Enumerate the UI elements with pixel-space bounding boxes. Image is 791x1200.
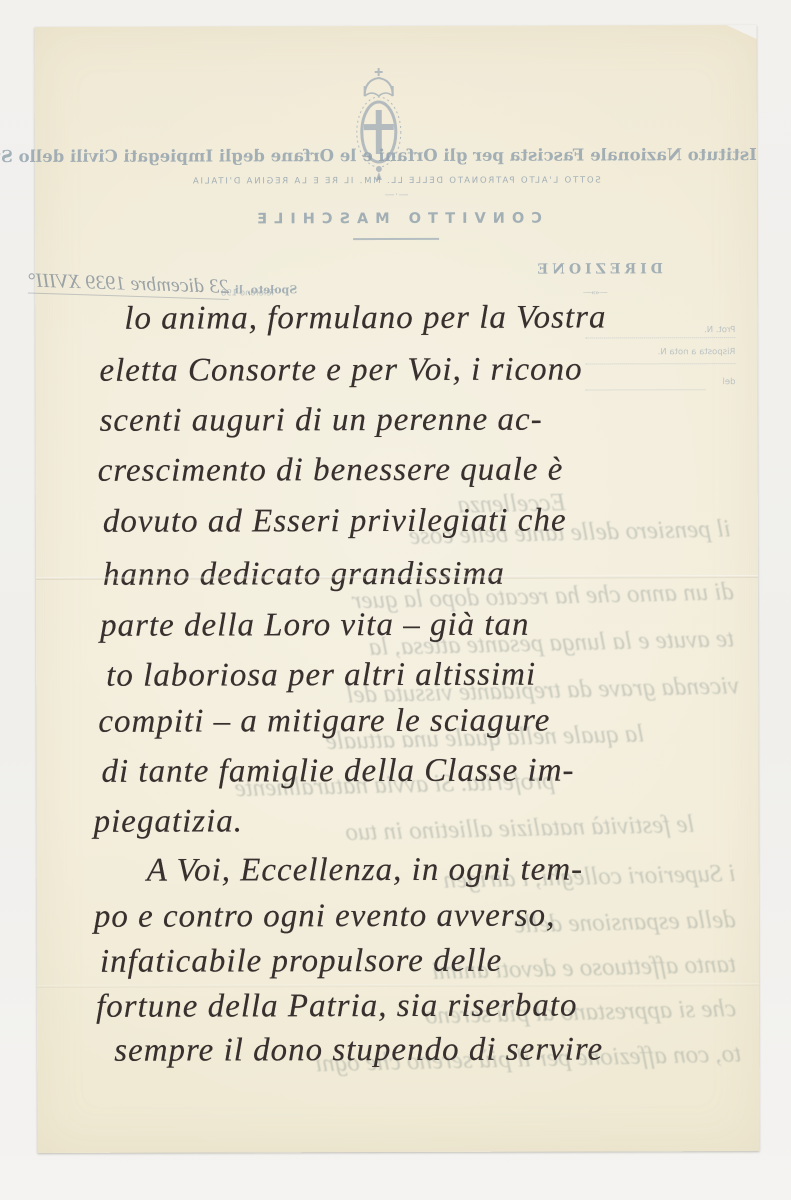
handwriting-line: dovuto ad Esseri privilegiati che (103, 503, 567, 541)
handwriting-line: A Voi, Eccellenza, in ogni tem- (147, 852, 583, 890)
handwriting-line: lo anima, formulano per la Vostra (124, 299, 606, 337)
letterhead-ornament: —·— (35, 188, 757, 200)
handwriting-line: po e contro ogni evento avverso, (94, 898, 556, 936)
handwriting-line: compiti – a mitigare le sciagure (98, 703, 550, 741)
letterhead-direzione-label: DIREZIONE (523, 261, 673, 277)
field-prot-line (585, 337, 735, 338)
handwriting-line: crescimento di benessere quale è (98, 452, 564, 490)
handwriting-line: hanno dedicato grandissima (103, 556, 505, 594)
royal-crest-icon (351, 66, 407, 188)
handwriting-line: piegatizia. (94, 803, 244, 840)
handwriting-line: infaticabile propulsore delle (100, 943, 502, 981)
handwriting-line: eletta Consorte e per Voi, i ricono (99, 352, 582, 390)
handwriting-line: to laboriosa per altri altissimi (106, 657, 536, 695)
letter-paper: Istituto Nazionale Fascista per gli Orfa… (35, 25, 760, 1153)
handwriting-line: parte della Loro vita – già tan (100, 607, 530, 645)
field-reply-line (585, 363, 735, 364)
letterhead-section-line: CONVITTO MASCHILE (35, 210, 757, 228)
letterhead-rule (353, 238, 439, 240)
telephone-line: Telefono 198 (175, 288, 275, 298)
direzione-ornament: —«»— (565, 287, 625, 296)
scanned-letter: { "document": { "kind": "handwritten let… (0, 0, 791, 1200)
letterhead-patronage-line: SOTTO L'ALTO PATRONATO DELLE LL. MM. IL … (35, 175, 757, 187)
field-del-line (585, 389, 705, 390)
handwriting-line: di tante famiglie della Classe im- (101, 753, 574, 791)
handwriting-line: sempre il dono stupendo di servire (114, 1031, 603, 1069)
field-del: del (711, 377, 735, 387)
letterhead-institution-line: Istituto Nazionale Fascista per gli Orfa… (35, 145, 757, 166)
handwriting-line: scenti auguri di un perenne ac- (100, 402, 543, 440)
field-prot: Prot. N. (635, 325, 735, 335)
field-reply: Risposta a nota N. (635, 347, 735, 357)
handwriting-line: fortune della Patria, sia riserbato (96, 988, 578, 1026)
paper-corner-tear (727, 25, 757, 39)
